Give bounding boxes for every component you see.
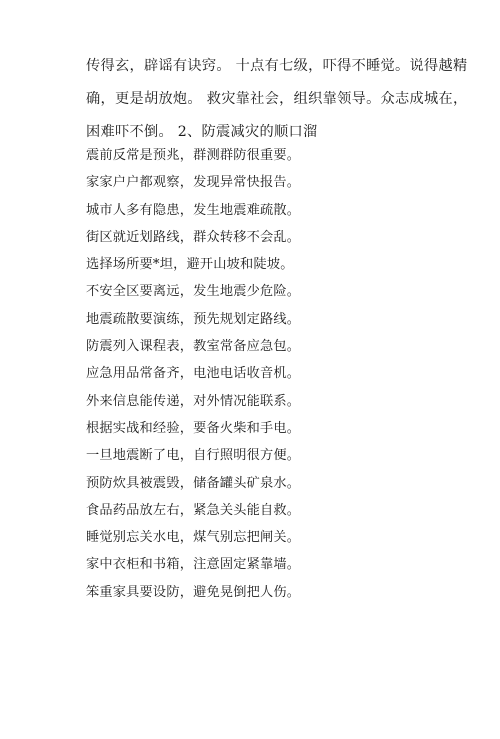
paragraph-line: 传得玄，辟谣有诀窍。 十点有七级，吓得不睡觉。说得越精	[86, 50, 416, 83]
verse-list: 震前反常是预兆，群测群防很重要。 家家户户都观察，发现异常快报告。 城市人多有隐…	[86, 142, 300, 606]
verse-line: 街区就近划路线，群众转移不会乱。	[86, 224, 300, 251]
verse-line: 一旦地震断了电，自行照明很方便。	[86, 442, 300, 469]
verse-line: 睡觉别忘关水电，煤气别忘把闸关。	[86, 524, 300, 551]
verse-line: 根据实战和经验，要备火柴和手电。	[86, 415, 300, 442]
verse-line: 地震疏散要演练，预先规划定路线。	[86, 306, 300, 333]
verse-line: 城市人多有隐患，发生地震难疏散。	[86, 197, 300, 224]
verse-line: 应急用品常备齐，电池电话收音机。	[86, 360, 300, 387]
verse-line: 笨重家具要设防，避免晃倒把人伤。	[86, 579, 300, 606]
verse-line: 选择场所要*坦，避开山坡和陡坡。	[86, 251, 300, 278]
verse-line: 震前反常是预兆，群测群防很重要。	[86, 142, 300, 169]
verse-line: 预防炊具被震毁，储备罐头矿泉水。	[86, 470, 300, 497]
document-page: 传得玄，辟谣有诀窍。 十点有七级，吓得不睡觉。说得越精 确，更是胡放炮。 救灾靠…	[0, 0, 500, 739]
intro-paragraph: 传得玄，辟谣有诀窍。 十点有七级，吓得不睡觉。说得越精 确，更是胡放炮。 救灾靠…	[86, 50, 416, 149]
verse-line: 家中衣柜和书箱，注意固定紧靠墙。	[86, 551, 300, 578]
verse-line: 家家户户都观察，发现异常快报告。	[86, 169, 300, 196]
verse-line: 不安全区要离远，发生地震少危险。	[86, 278, 300, 305]
verse-line: 外来信息能传递，对外情况能联系。	[86, 388, 300, 415]
paragraph-line: 确，更是胡放炮。 救灾靠社会，组织靠领导。众志成城在，	[86, 83, 416, 116]
verse-line: 食品药品放左右，紧急关头能自救。	[86, 497, 300, 524]
verse-line: 防震列入课程表，教室常备应急包。	[86, 333, 300, 360]
